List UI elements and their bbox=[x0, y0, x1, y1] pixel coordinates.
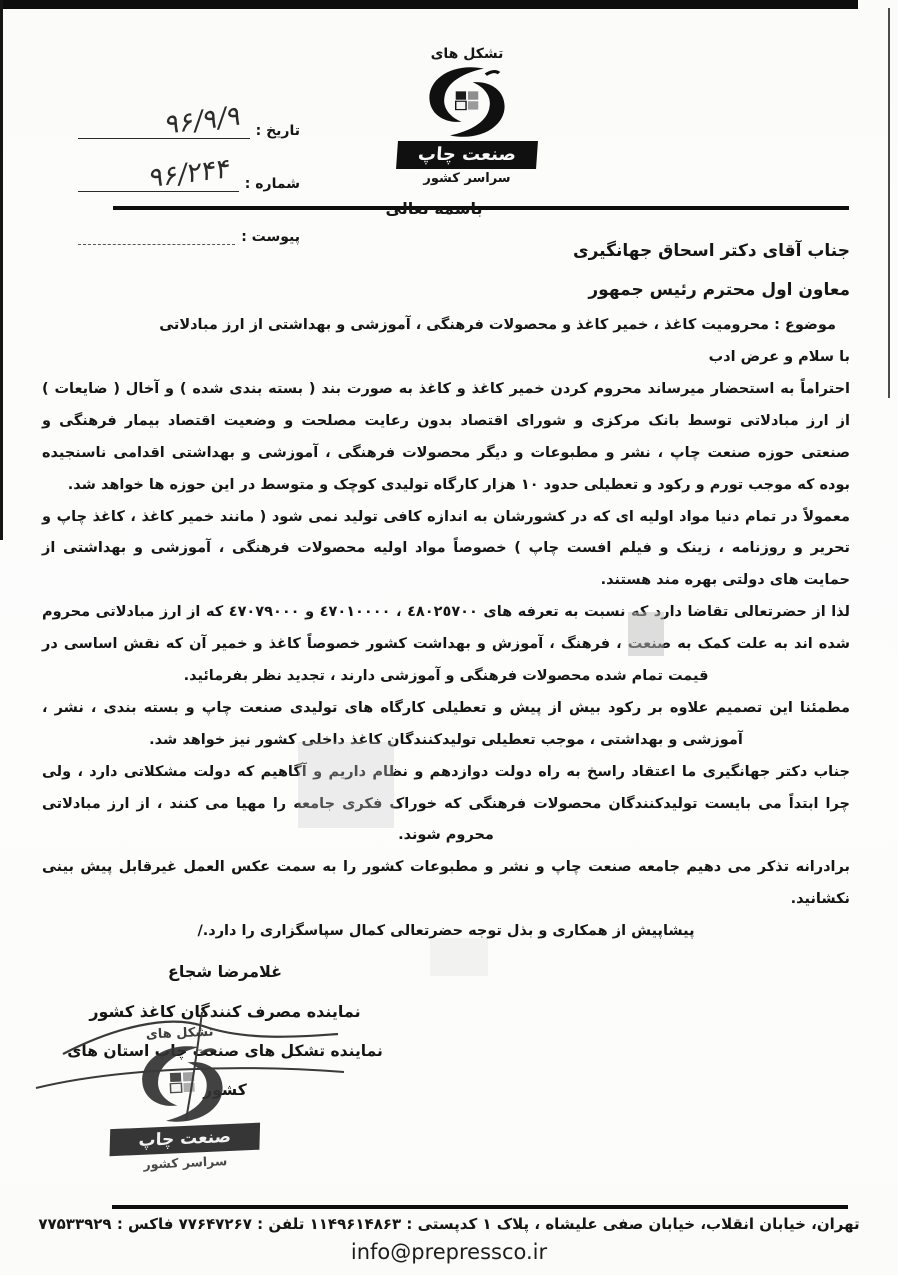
salutation: با سلام و عرض ادب bbox=[42, 342, 850, 374]
subject-line: موضوع : محرومیت کاغذ ، خمیر کاغذ و محصول… bbox=[42, 310, 850, 342]
paragraph-2: معمولاً در تمام دنیا مواد اولیه ای که در… bbox=[42, 502, 850, 598]
date-label: تاریخ : bbox=[250, 123, 300, 139]
number-handwritten-value: ۹۶/۲۴۴ bbox=[149, 153, 232, 194]
scan-smudge bbox=[628, 612, 664, 656]
paragraph-6: برادرانه تذکر می دهیم جامعه صنعت چاپ و ن… bbox=[42, 852, 850, 916]
stamp-monogram-icon bbox=[130, 1041, 233, 1127]
bismillah: باسمه تعالی bbox=[0, 199, 868, 218]
scan-edge-top bbox=[0, 0, 858, 9]
number-field: شماره : ۹۶/۲۴۴ bbox=[78, 139, 300, 192]
letterhead-fields: تاریخ : ۹۶/۹/۹ شماره : ۹۶/۲۴۴ پیوست : bbox=[78, 86, 300, 245]
scan-smudge bbox=[298, 742, 394, 828]
signatory-name: غلامرضا شجاع bbox=[50, 952, 400, 992]
scan-smudge bbox=[430, 938, 488, 976]
paragraph-1: احتراماً به استحضار میرساند محروم کردن خ… bbox=[42, 374, 850, 502]
date-fill-line: ۹۶/۹/۹ bbox=[78, 85, 250, 139]
letter-body: جناب آقای دکتر اسحاق جهانگیری معاون اول … bbox=[42, 232, 850, 1110]
org-logo: تشکل های صنعت چاپ سراسر کشور bbox=[393, 46, 541, 186]
number-fill-line: ۹۶/۲۴۴ bbox=[78, 138, 239, 192]
footer-address: تهران، خیابان انقلاب، خیابان صفی علیشاه … bbox=[0, 1215, 898, 1233]
print-industry-monogram-icon bbox=[420, 64, 514, 140]
stamp-org-name-banner: صنعت چاپ bbox=[109, 1123, 260, 1157]
paragraph-3: لذا از حضرتعالی تقاضا دارد که نسبت به تع… bbox=[42, 597, 850, 693]
paragraph-5: جناب دکتر جهانگیری ما اعتقاد راسخ به راه… bbox=[42, 757, 850, 853]
recipient-name: جناب آقای دکتر اسحاق جهانگیری bbox=[42, 232, 850, 271]
scan-edge-left bbox=[0, 0, 3, 540]
paragraph-4: مطمئنا این تصمیم علاوه بر رکود بیش از پی… bbox=[42, 693, 850, 757]
org-name-banner: صنعت چاپ bbox=[396, 141, 538, 169]
org-stamp: تشکل های صنعت چاپ سراسر کشور bbox=[97, 1022, 268, 1173]
org-name-top: تشکل های bbox=[393, 46, 541, 62]
footer-divider bbox=[112, 1205, 848, 1209]
org-name-bottom: سراسر کشور bbox=[393, 171, 541, 186]
date-handwritten-value: ۹۶/۹/۹ bbox=[165, 100, 242, 141]
recipient-title: معاون اول محترم رئیس جمهور bbox=[42, 271, 850, 310]
number-label: شماره : bbox=[239, 176, 300, 192]
footer-email: info@prepressco.ir bbox=[0, 1240, 898, 1264]
date-field: تاریخ : ۹۶/۹/۹ bbox=[78, 86, 300, 139]
scanned-letter-page: تاریخ : ۹۶/۹/۹ شماره : ۹۶/۲۴۴ پیوست : تش… bbox=[0, 0, 898, 1275]
scan-edge-right bbox=[888, 8, 890, 398]
